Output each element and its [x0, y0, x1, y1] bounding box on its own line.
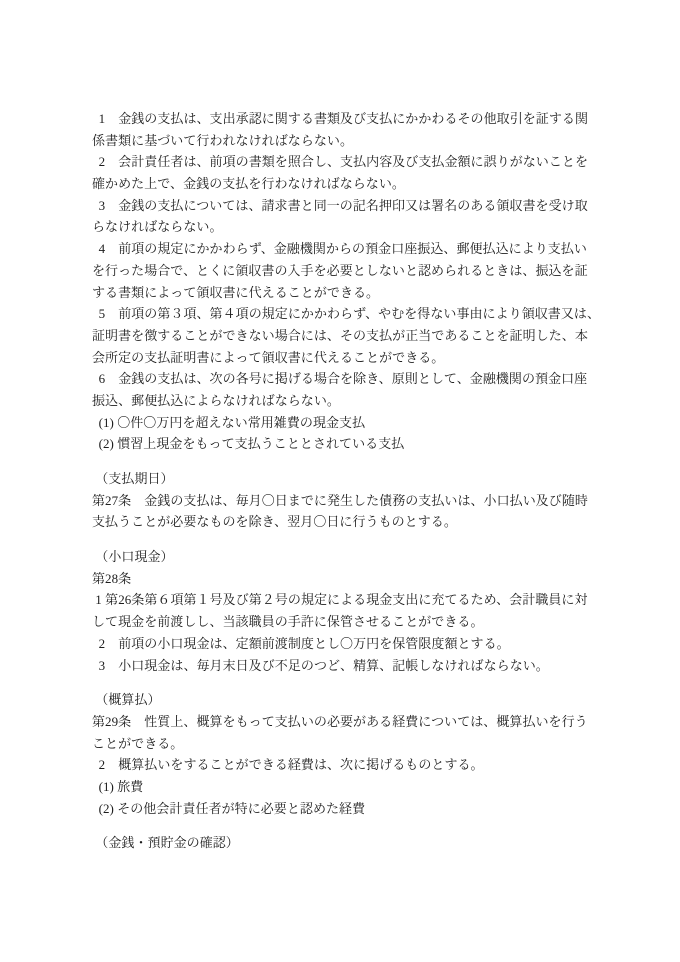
text-line: 6 金銭の支払は、次の各号に掲げる場合を除き、原則として、金融機関の預金口座 [92, 368, 604, 390]
text-line: 会所定の支払証明書によって領収書に代えることができる。 [92, 347, 604, 369]
text-line: (1) 〇件〇万円を超えない常用雑費の現金支払 [92, 412, 604, 434]
section-payment-clauses: 1 金銭の支払は、支出承認に関する書類及び支払にかかわるその他取引を証する関係書… [92, 108, 604, 455]
text-line: 支払うことが必要なものを除き、翌月〇日に行うものとする。 [92, 511, 604, 533]
text-line: 2 前項の小口現金は、定額前渡制度とし〇万円を保管限度額とする。 [92, 633, 604, 655]
text-line: する書類によって領収書に代えることができる。 [92, 282, 604, 304]
section-heading: （金銭・預貯金の確認） [92, 832, 604, 854]
text-line: 第28条 [92, 568, 604, 590]
text-line: 4 前項の規定にかかわらず、金融機関からの預金口座振込、郵便払込により支払い [92, 238, 604, 260]
document-page: 1 金銭の支払は、支出承認に関する書類及び支払にかかわるその他取引を証する関係書… [92, 108, 604, 854]
text-line: 振込、郵便払込によらなければならない。 [92, 390, 604, 412]
section-heading: （支払期日） [92, 468, 604, 490]
text-line: 5 前項の第３項、第４項の規定にかかわらず、やむを得ない事由により領収書又は、 [92, 303, 604, 325]
section-estimated-payment: （概算払）第29条 性質上、概算をもって支払いの必要がある経費については、概算払… [92, 689, 604, 819]
section-heading: （小口現金） [92, 546, 604, 568]
text-line: (2) その他会計責任者が特に必要と認めた経費 [92, 798, 604, 820]
text-line: 係書類に基づいて行われなければならない。 [92, 130, 604, 152]
text-line: 3 金銭の支払については、請求書と同一の記名押印又は署名のある領収書を受け取 [92, 195, 604, 217]
section-heading: （概算払） [92, 689, 604, 711]
text-line: 2 概算払いをすることができる経費は、次に掲げるものとする。 [92, 754, 604, 776]
text-line: を行った場合で、とくに領収書の入手を必要としないと認められるときは、振込を証 [92, 260, 604, 282]
text-line: らなければならない。 [92, 216, 604, 238]
text-line: (2) 慣習上現金をもって支払うこととされている支払 [92, 433, 604, 455]
text-line: 証明書を徴することができない場合には、その支払が正当であることを証明した、本 [92, 325, 604, 347]
text-line: 1 第26条第６項第１号及び第２号の規定による現金支出に充てるため、会計職員に対 [92, 589, 604, 611]
section-cash-deposit-confirmation: （金銭・預貯金の確認） [92, 832, 604, 854]
text-line: 1 金銭の支払は、支出承認に関する書類及び支払にかかわるその他取引を証する関 [92, 108, 604, 130]
text-line: 確かめた上で、金銭の支払を行わなければならない。 [92, 173, 604, 195]
text-line: して現金を前渡しし、当該職員の手許に保管させることができる。 [92, 611, 604, 633]
text-line: 3 小口現金は、毎月末日及び不足のつど、精算、記帳しなければならない。 [92, 655, 604, 677]
section-petty-cash: （小口現金）第28条 1 第26条第６項第１号及び第２号の規定による現金支出に充… [92, 546, 604, 676]
text-line: (1) 旅費 [92, 776, 604, 798]
text-line: 第29条 性質上、概算をもって支払いの必要がある経費については、概算払いを行う [92, 711, 604, 733]
text-line: 2 会計責任者は、前項の書類を照合し、支払内容及び支払金額に誤りがないことを [92, 151, 604, 173]
section-payment-due-date: （支払期日）第27条 金銭の支払は、毎月〇日までに発生した債務の支払いは、小口払… [92, 468, 604, 533]
text-line: 第27条 金銭の支払は、毎月〇日までに発生した債務の支払いは、小口払い及び随時 [92, 490, 604, 512]
text-line: ことができる。 [92, 733, 604, 755]
